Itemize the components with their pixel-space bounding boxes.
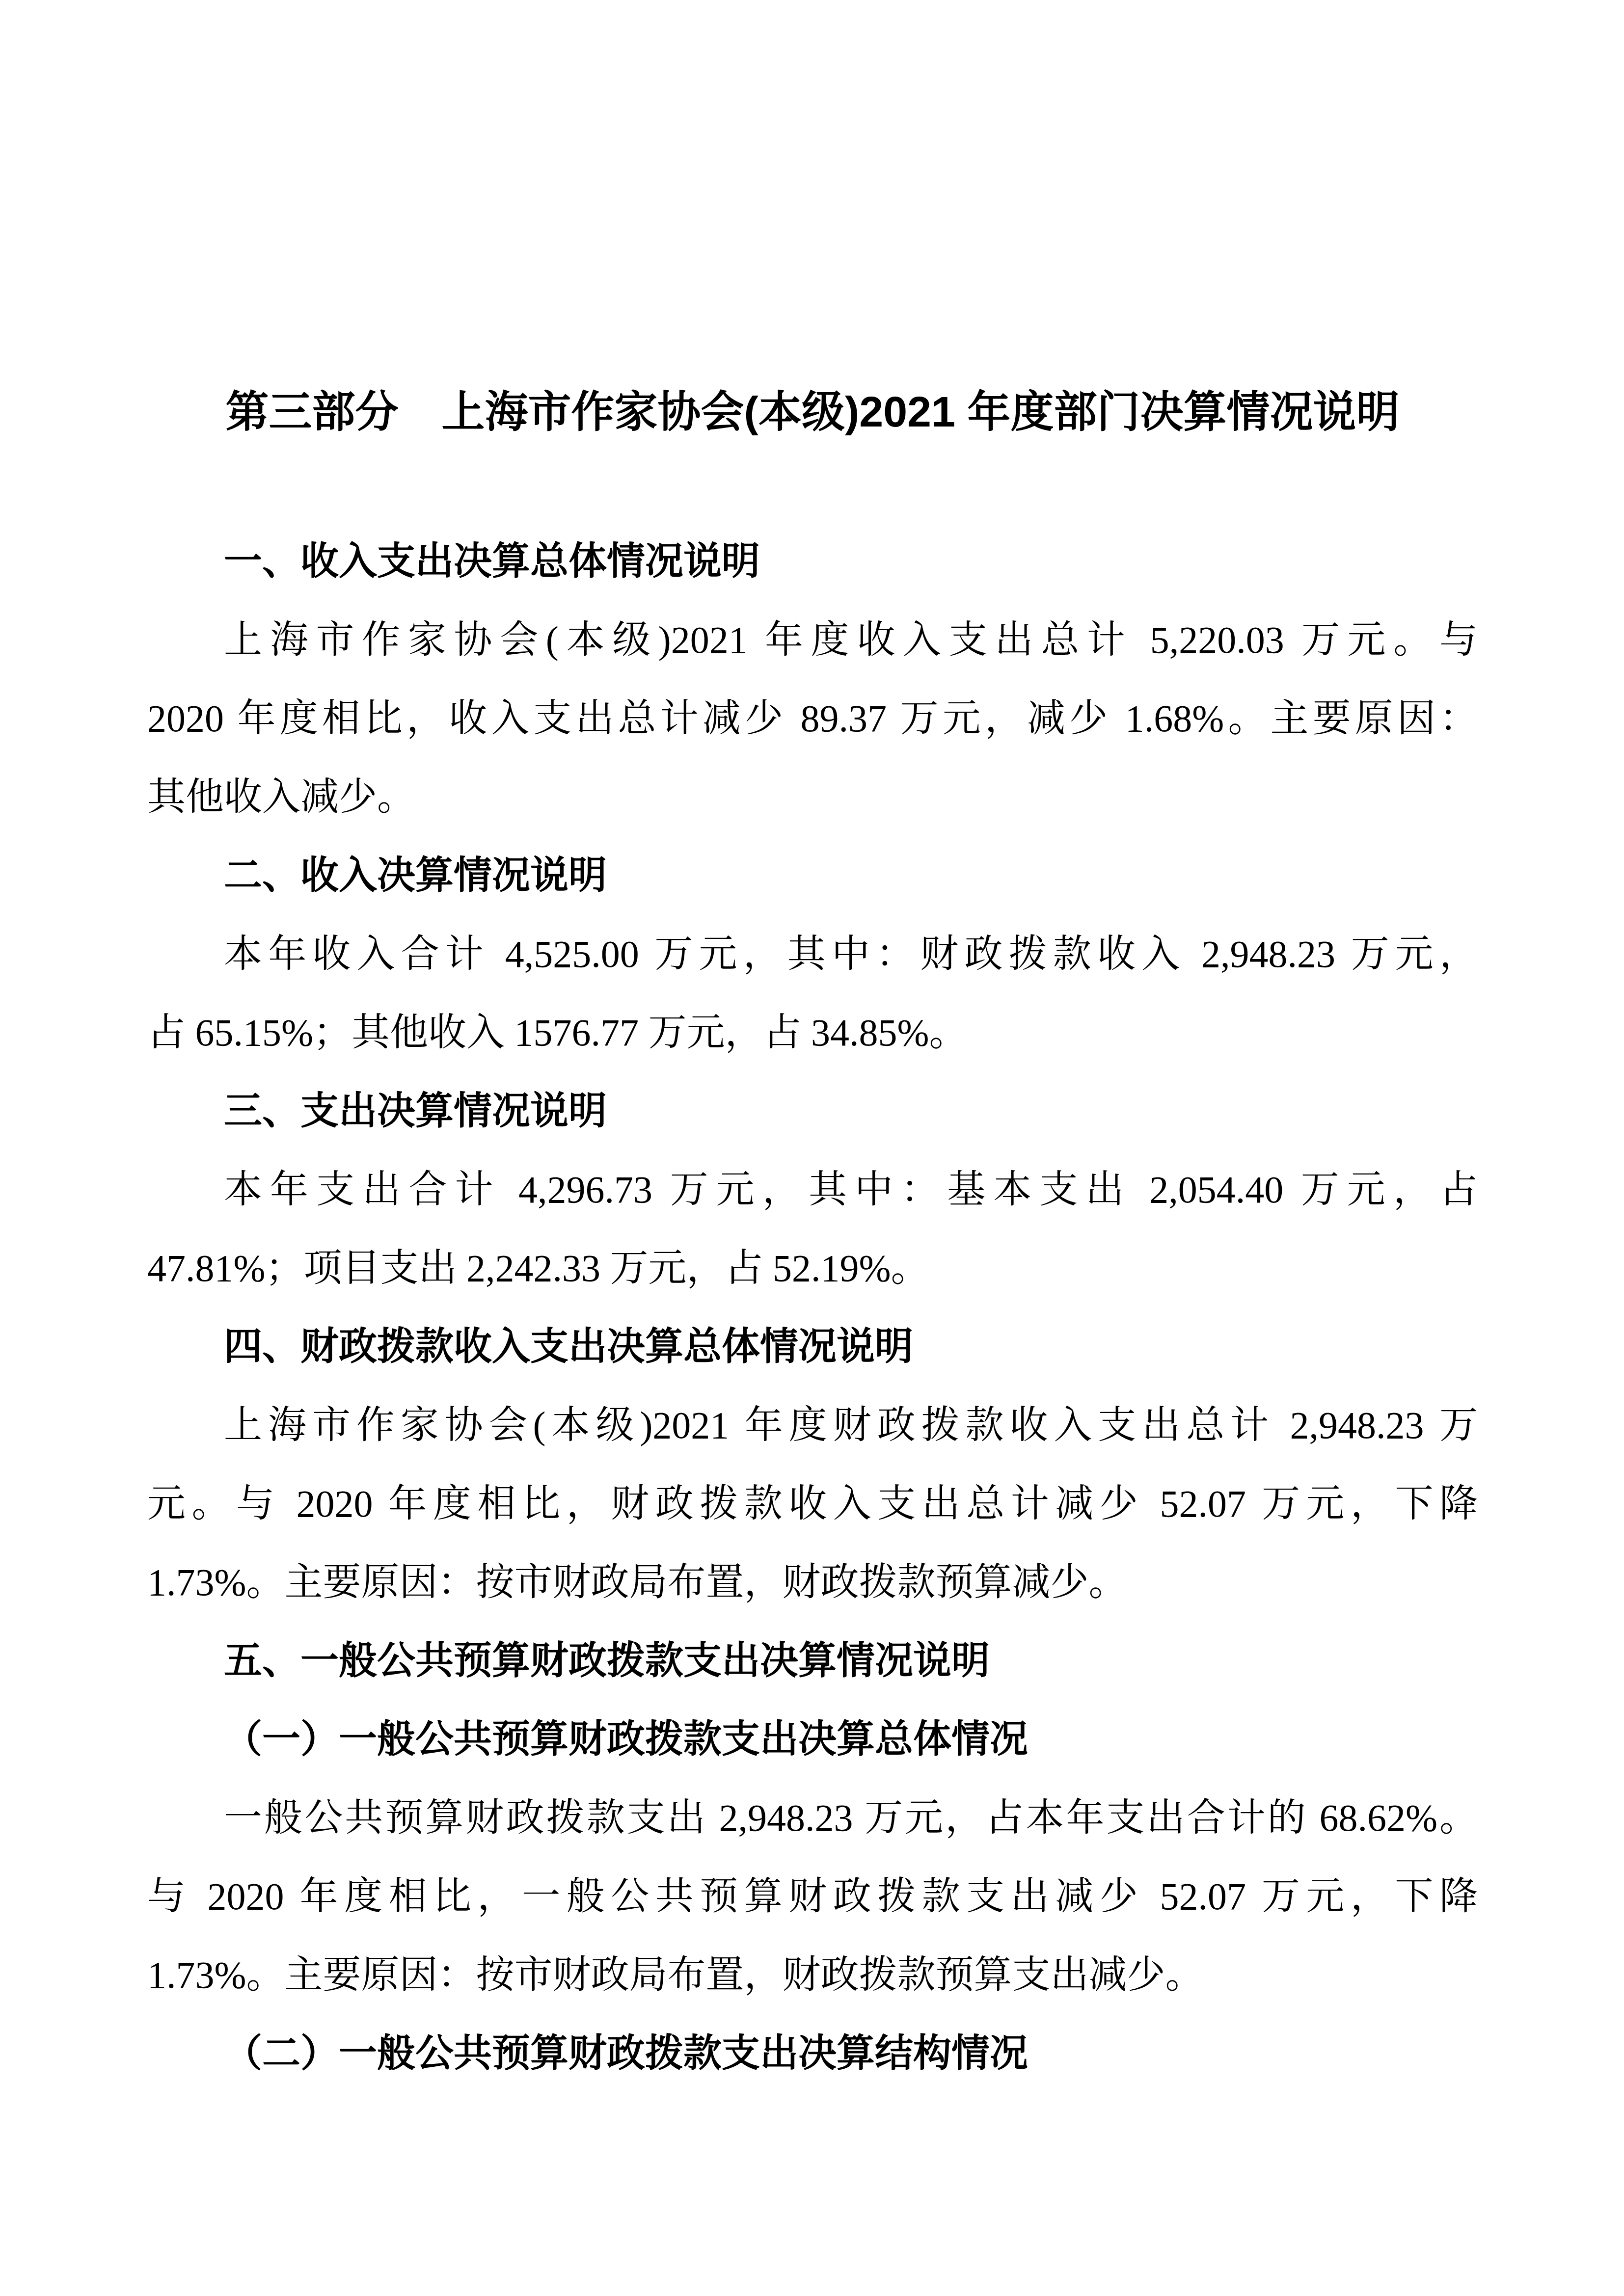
document-page: 第三部分 上海市作家协会(本级)2021 年度部门决算情况说明 一、收入支出决算…	[0, 0, 1624, 2296]
paragraph-line: 1.73%。主要原因：按市财政局布置，财政拨款预算减少。	[147, 1543, 1478, 1622]
subsection-heading-structure: （二）一般公共预算财政拨款支出决算结构情况	[147, 2014, 1478, 2093]
paragraph-line: 47.81%；项目支出 2,242.33 万元，占 52.19%。	[147, 1229, 1478, 1308]
paragraph-line: 一般公共预算财政拨款支出 2,948.23 万元，占本年支出合计的 68.62%…	[147, 1779, 1478, 1857]
paragraph-line: 上海市作家协会(本级)2021 年度收入支出总计 5,220.03 万元。与	[147, 601, 1478, 679]
paragraph-line: 上海市作家协会(本级)2021 年度财政拨款收入支出总计 2,948.23 万	[147, 1386, 1478, 1465]
paragraph-line: 2020 年度相比，收入支出总计减少 89.37 万元，减少 1.68%。主要原…	[147, 679, 1478, 758]
document-title: 第三部分 上海市作家协会(本级)2021 年度部门决算情况说明	[147, 373, 1478, 451]
title-gap	[147, 451, 1478, 522]
paragraph-line: 其他收入减少。	[147, 758, 1478, 836]
paragraph-line: 占 65.15%；其他收入 1576.77 万元，占 34.85%。	[147, 993, 1478, 1072]
paragraph-line: 1.73%。主要原因：按市财政局布置，财政拨款预算支出减少。	[147, 1936, 1478, 2014]
paragraph-line: 本年支出合计 4,296.73 万元，其中：基本支出 2,054.40 万元，占	[147, 1150, 1478, 1229]
paragraph-line: 元。与 2020 年度相比，财政拨款收入支出总计减少 52.07 万元，下降	[147, 1465, 1478, 1543]
section-heading-fiscal-appropriation-overview: 四、财政拨款收入支出决算总体情况说明	[147, 1308, 1478, 1386]
section-heading-income-expense-overview: 一、收入支出决算总体情况说明	[147, 522, 1478, 601]
section-heading-general-public-budget: 五、一般公共预算财政拨款支出决算情况说明	[147, 1622, 1478, 1700]
section-heading-expense-statement: 三、支出决算情况说明	[147, 1072, 1478, 1150]
subsection-heading-general-overview: （一）一般公共预算财政拨款支出决算总体情况	[147, 1700, 1478, 1779]
paragraph-line: 与 2020 年度相比，一般公共预算财政拨款支出减少 52.07 万元，下降	[147, 1857, 1478, 1936]
paragraph-line: 本年收入合计 4,525.00 万元，其中：财政拨款收入 2,948.23 万元…	[147, 915, 1478, 993]
section-heading-income-statement: 二、收入决算情况说明	[147, 836, 1478, 915]
